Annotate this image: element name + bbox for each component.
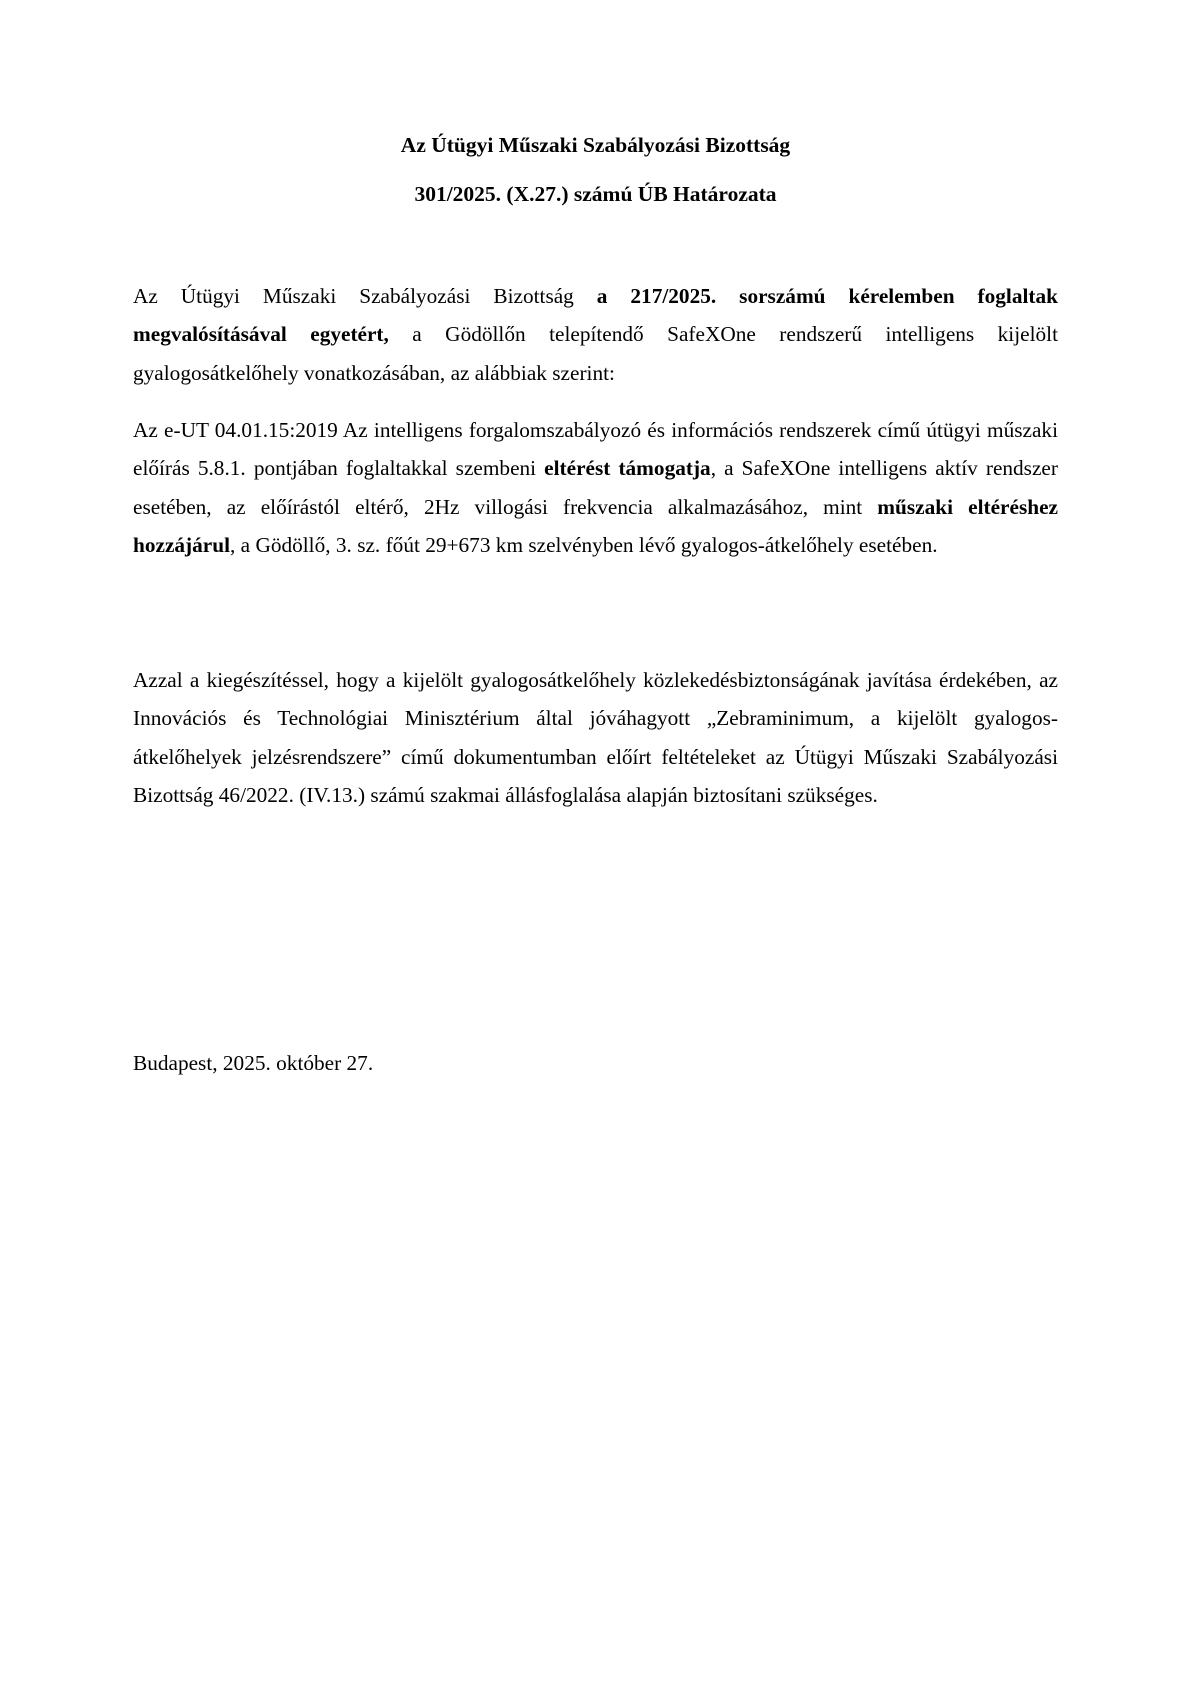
place-and-date: Budapest, 2025. október 27. — [133, 1044, 373, 1082]
text-segment: , a Gödöllő, 3. sz. főút 29+673 km szelv… — [230, 533, 938, 557]
document-title-issuer: Az Útügyi Műszaki Szabályozási Bizottság — [0, 132, 1191, 158]
text-segment: Az Útügyi Műszaki Szabályozási Bizottság — [133, 284, 597, 308]
text-segment-bold: eltérést támogatja — [544, 456, 711, 480]
paragraph-deviation: Az e-UT 04.01.15:2019 Az intelligens for… — [133, 411, 1058, 565]
paragraph-decision: Az Útügyi Műszaki Szabályozási Bizottság… — [133, 277, 1058, 392]
document-title-resolution-number: 301/2025. (X.27.) számú ÚB Határozata — [0, 181, 1191, 207]
text-segment: Azzal a kiegészítéssel, hogy a kijelölt … — [133, 668, 1058, 807]
paragraph-supplement: Azzal a kiegészítéssel, hogy a kijelölt … — [133, 661, 1058, 815]
document-page: Az Útügyi Műszaki Szabályozási Bizottság… — [0, 0, 1191, 1684]
